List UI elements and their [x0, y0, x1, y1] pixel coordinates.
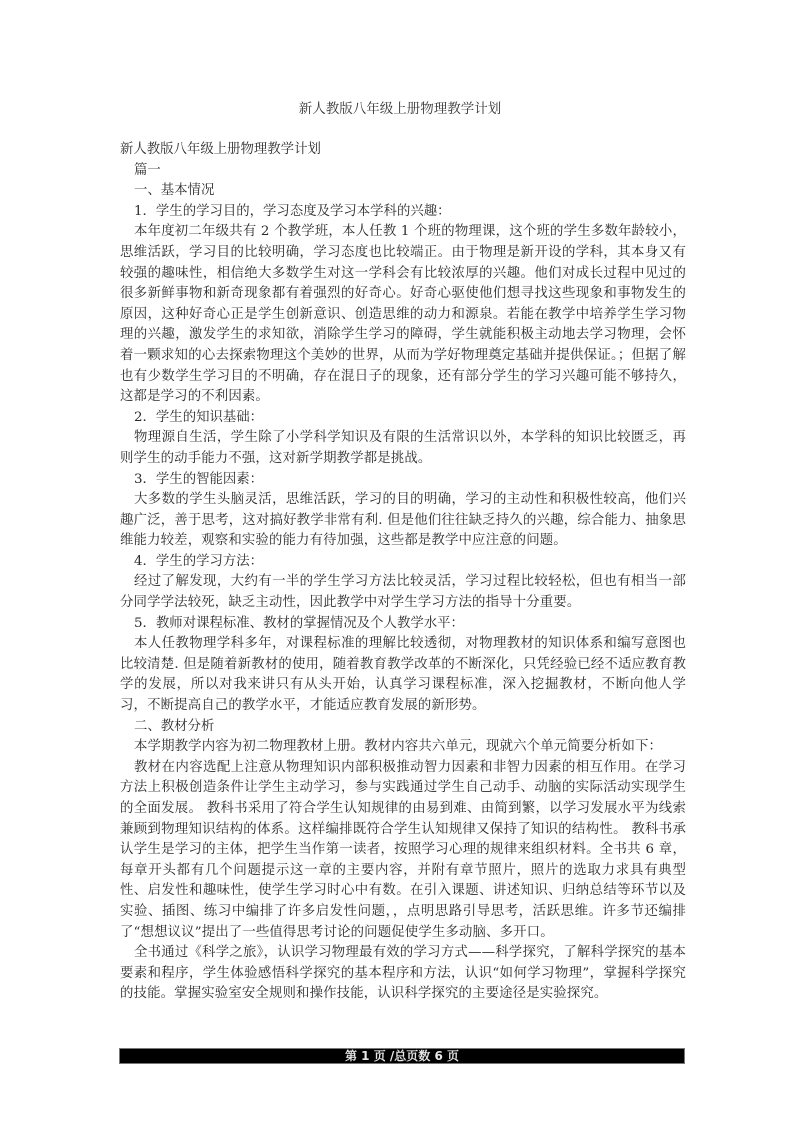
item-body: 大多数的学生头脑灵活，思维活跃，学习的目的明确，学习的主动性和积极性较高，他们兴…	[120, 490, 686, 552]
page-title: 新人教版八年级上册物理教学计划	[0, 100, 800, 118]
paragraph: 全书通过《科学之旅》，认识学习物理最有效的学习方式——科学探究，了解科学探究的基…	[120, 943, 686, 1005]
item-heading: 4．学生的学习方法：	[120, 552, 686, 573]
item-heading: 3．学生的智能因素：	[120, 470, 686, 491]
page-indicator: 第 1 页 /总页数 6 页	[345, 1049, 459, 1063]
part-label: 篇一	[120, 161, 686, 182]
item-body: 物理源自生活，学生除了小学科学知识及有限的生活常识以外，本学科的知识比较匮乏，再…	[120, 428, 686, 469]
document-subtitle: 新人教版八年级上册物理教学计划	[120, 140, 686, 161]
item-body: 本人任教物理学科多年，对课程标准的理解比较透彻，对物理教材的知识体系和编写意图也…	[120, 634, 686, 716]
item-body: 本年度初二年级共有 2 个教学班，本人任教 1 个班的物理课，这个班的学生多数年…	[120, 222, 686, 407]
section-heading: 一、基本情况	[120, 181, 686, 202]
item-heading: 5．教师对课程标准、教材的掌握情况及个人教学水平：	[120, 614, 686, 635]
item-heading: 2．学生的知识基础：	[120, 408, 686, 429]
document-body: 新人教版八年级上册物理教学计划 篇一 一、基本情况 1．学生的学习目的，学习态度…	[120, 140, 686, 1005]
paragraph: 本学期教学内容为初二物理教材上册。教材内容共六单元，现就六个单元简要分析如下：	[120, 737, 686, 758]
paragraph: 教材在内容选配上注意从物理知识内部积极推动智力因素和非智力因素的相互作用。在学习…	[120, 758, 686, 943]
item-heading: 1．学生的学习目的，学习态度及学习本学科的兴趣：	[120, 202, 686, 223]
section-heading: 二、教材分析	[120, 717, 686, 738]
item-body: 经过了解发现，大约有一半的学生学习方法比较灵活，学习过程比较轻松，但也有相当一部…	[120, 572, 686, 613]
page-footer-bar: 第 1 页 /总页数 6 页	[119, 1048, 685, 1064]
